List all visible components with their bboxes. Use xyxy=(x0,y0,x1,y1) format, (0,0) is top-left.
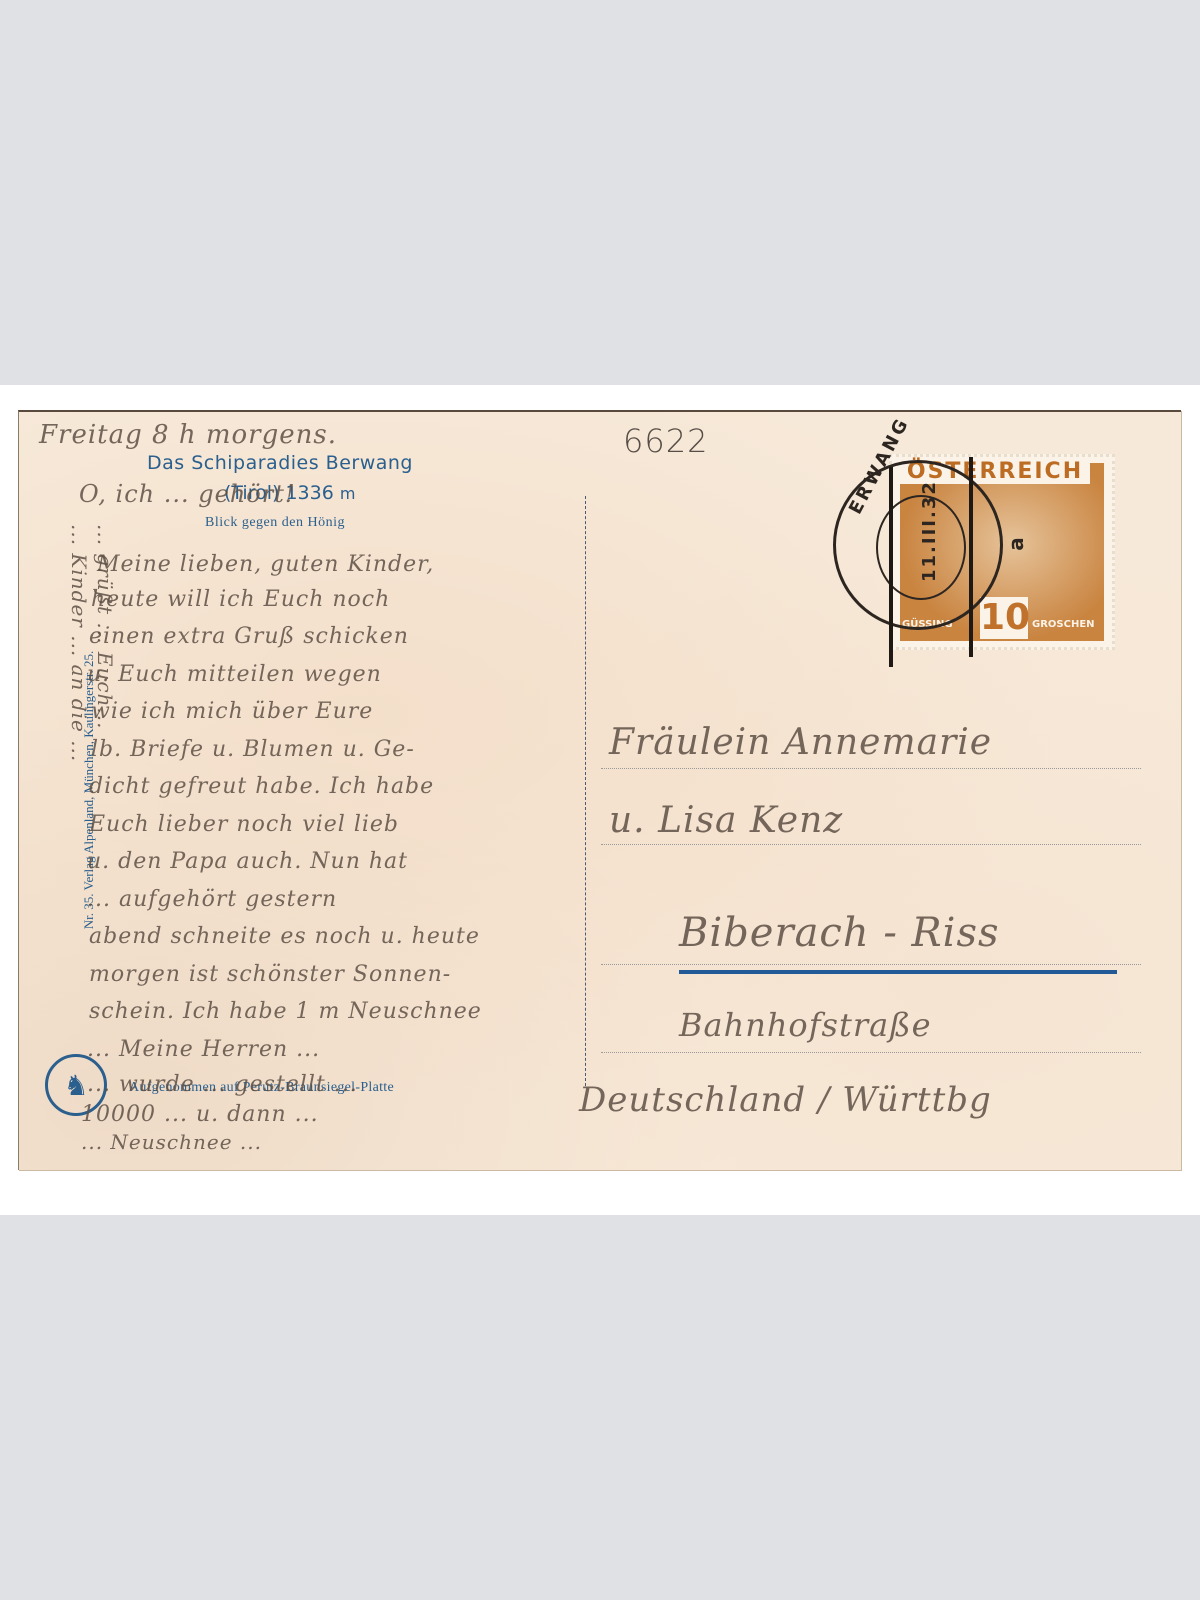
message-line: dicht gefreut habe. Ich habe xyxy=(89,774,434,799)
address-rule xyxy=(601,1052,1141,1053)
card-subtitle: Blick gegen den Hönig xyxy=(205,515,345,531)
postmark-code: a xyxy=(1004,537,1028,551)
margin-line: ... Kinder ... an die ... xyxy=(67,524,91,1084)
message-line: einen extra Gruß schicken xyxy=(89,624,409,649)
address-rule xyxy=(601,964,1141,965)
card-title: Das Schiparadies Berwang xyxy=(147,452,413,474)
address-line-1: Fräulein Annemarie xyxy=(609,722,992,763)
card-location-unit: m xyxy=(340,484,356,503)
address-underline-blue xyxy=(679,970,1117,974)
address-line-4: Bahnhofstraße xyxy=(679,1006,932,1044)
margin-line: ... grüßt ... Euch... xyxy=(93,524,117,1084)
postmark-bar xyxy=(889,467,893,667)
message-line: u. Euch mitteilen wegen xyxy=(87,662,382,687)
stamp-value: 10 xyxy=(980,597,1028,639)
center-divider xyxy=(585,496,586,1086)
message-line: Freitag 8 h morgens. xyxy=(39,420,337,450)
message-line: ... Neuschnee ... xyxy=(81,1130,262,1154)
postmark-bar xyxy=(969,457,973,657)
message-line: morgen ist schönster Sonnen- xyxy=(89,962,451,987)
message-line: u. den Papa auch. Nun hat xyxy=(87,849,408,874)
address-line-3: Biberach - Riss xyxy=(679,910,1000,956)
message-line: heute will ich Euch noch xyxy=(91,587,390,612)
message-line: abend schneite es noch u. heute xyxy=(89,924,480,949)
message-line: schein. Ich habe 1 m Neuschnee xyxy=(89,999,482,1024)
address-rule xyxy=(601,844,1141,845)
message-line: ... Meine Herren ... xyxy=(87,1037,320,1062)
message-line: Euch lieber noch viel lieb xyxy=(89,812,399,837)
message-line: ... aufgehört gestern xyxy=(87,887,337,912)
address-line-5: Deutschland / Württbg xyxy=(579,1080,992,1120)
message-line: 10000 ... u. dann ... xyxy=(81,1102,319,1127)
postmark-date: 11.III.32 xyxy=(919,480,940,582)
message-line: wie ich mich über Eure xyxy=(91,699,373,724)
stamp-currency: GROSCHEN xyxy=(1032,619,1095,630)
address-line-2: u. Lisa Kenz xyxy=(609,800,843,841)
inventory-number: 6622 xyxy=(623,422,708,460)
address-rule xyxy=(601,768,1141,769)
message-line: lb. Briefe u. Blumen u. Ge- xyxy=(91,737,415,762)
message-line: O, ich ... gehört! xyxy=(79,480,295,508)
message-line: Meine lieben, guten Kinder, xyxy=(97,552,434,577)
message-line: ... wurde ... gestellt ... xyxy=(87,1072,358,1097)
postcard-back: 6622 Das Schiparadies Berwang (Tirol) 13… xyxy=(18,410,1181,1170)
